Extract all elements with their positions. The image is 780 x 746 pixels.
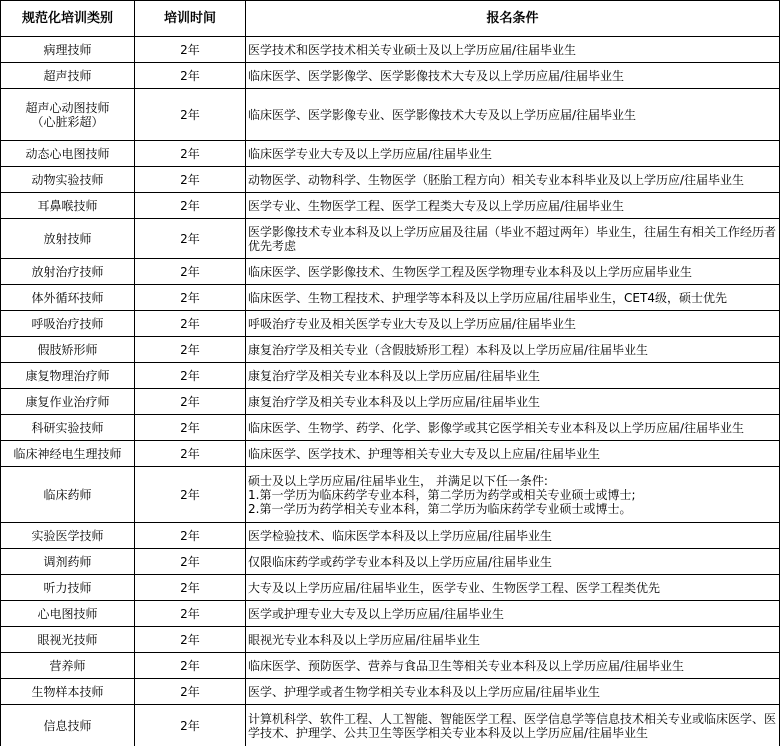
table-row: 调剂药师 2年 仅限临床药学或药学专业本科及以上学历应届/往届毕业生: [1, 549, 780, 575]
duration-cell: 2年: [135, 37, 246, 63]
table-row: 病理技师 2年 医学技术和医学技术相关专业硕士及以上学历应届/往届毕业生: [1, 37, 780, 63]
duration-cell: 2年: [135, 63, 246, 89]
duration-cell: 2年: [135, 549, 246, 575]
category-cell: 动态心电图技师: [1, 141, 135, 167]
requirements-cell: 仅限临床药学或药学专业本科及以上学历应届/往届毕业生: [246, 549, 780, 575]
header-requirements: 报名条件: [246, 1, 780, 37]
requirements-cell: 医学、护理学或者生物学相关专业本科及以上学历应届/往届毕业生: [246, 679, 780, 705]
duration-cell: 2年: [135, 193, 246, 219]
requirements-cell: 计算机科学、软件工程、人工智能、智能医学工程、医学信息学等信息技术相关专业或临床…: [246, 705, 780, 746]
duration-cell: 2年: [135, 259, 246, 285]
requirements-cell: 医学检验技术、临床医学本科及以上学历应届/往届毕业生: [246, 523, 780, 549]
category-cell: 信息技师: [1, 705, 135, 746]
duration-cell: 2年: [135, 705, 246, 746]
duration-cell: 2年: [135, 389, 246, 415]
table-row: 假肢矫形师 2年 康复治疗学及相关专业（含假肢矫形工程）本科及以上学历应届/往届…: [1, 337, 780, 363]
table-row: 临床药师 2年 硕士及以上学历应届/往届毕业生， 并满足以下任一条件:1.第一学…: [1, 467, 780, 523]
category-cell: 超声心动图技师（心脏彩超）: [1, 89, 135, 141]
category-cell: 临床神经电生理技师: [1, 441, 135, 467]
requirements-cell: 康复治疗学及相关专业本科及以上学历应届/往届毕业生: [246, 389, 780, 415]
table-row: 放射技师 2年 医学影像技术专业本科及以上学历应届及往届（毕业不超过两年）毕业生…: [1, 219, 780, 259]
duration-cell: 2年: [135, 627, 246, 653]
requirements-cell: 动物医学、动物科学、生物医学（胚胎工程方向）相关专业本科毕业及以上学历应/往届毕…: [246, 167, 780, 193]
table-row: 放射治疗技师 2年 临床医学、医学影像技术、生物医学工程及医学物理专业本科及以上…: [1, 259, 780, 285]
category-cell: 生物样本技师: [1, 679, 135, 705]
category-cell: 耳鼻喉技师: [1, 193, 135, 219]
requirements-cell: 临床医学、医学影像学、医学影像技术大专及以上学历应届/往届毕业生: [246, 63, 780, 89]
requirements-cell: 康复治疗学及相关专业（含假肢矫形工程）本科及以上学历应届/往届毕业生: [246, 337, 780, 363]
requirements-cell: 医学影像技术专业本科及以上学历应届及往届（毕业不超过两年）毕业生，往届生有相关工…: [246, 219, 780, 259]
requirements-cell: 临床医学、医学影像专业、医学影像技术大专及以上学历应届/往届毕业生: [246, 89, 780, 141]
table-row: 耳鼻喉技师 2年 医学专业、生物医学工程、医学工程类大专及以上学历应届/往届毕业…: [1, 193, 780, 219]
duration-cell: 2年: [135, 167, 246, 193]
category-cell: 实验医学技师: [1, 523, 135, 549]
category-cell: 放射治疗技师: [1, 259, 135, 285]
table-row: 超声心动图技师（心脏彩超） 2年 临床医学、医学影像专业、医学影像技术大专及以上…: [1, 89, 780, 141]
table-row: 心电图技师 2年 医学或护理专业大专及以上学历应届/往届毕业生: [1, 601, 780, 627]
category-cell: 营养师: [1, 653, 135, 679]
duration-cell: 2年: [135, 441, 246, 467]
duration-cell: 2年: [135, 285, 246, 311]
requirements-cell: 临床医学、医学技术、护理等相关专业大专及以上应届/往届毕业生: [246, 441, 780, 467]
requirements-cell: 康复治疗学及相关专业本科及以上学历应届/往届毕业生: [246, 363, 780, 389]
category-cell: 病理技师: [1, 37, 135, 63]
duration-cell: 2年: [135, 653, 246, 679]
requirements-cell: 临床医学、生物工程技术、护理学等本科及以上学历应届/往届毕业生，CET4级，硕士…: [246, 285, 780, 311]
requirements-cell: 医学技术和医学技术相关专业硕士及以上学历应届/往届毕业生: [246, 37, 780, 63]
duration-cell: 2年: [135, 467, 246, 523]
category-cell: 听力技师: [1, 575, 135, 601]
header-duration: 培训时间: [135, 1, 246, 37]
category-cell: 眼视光技师: [1, 627, 135, 653]
duration-cell: 2年: [135, 363, 246, 389]
duration-cell: 2年: [135, 89, 246, 141]
table-row: 信息技师 2年 计算机科学、软件工程、人工智能、智能医学工程、医学信息学等信息技…: [1, 705, 780, 746]
category-cell: 康复物理治疗师: [1, 363, 135, 389]
table-row: 眼视光技师 2年 眼视光专业本科及以上学历应届/往届毕业生: [1, 627, 780, 653]
table-row: 动物实验技师 2年 动物医学、动物科学、生物医学（胚胎工程方向）相关专业本科毕业…: [1, 167, 780, 193]
category-cell: 放射技师: [1, 219, 135, 259]
duration-cell: 2年: [135, 141, 246, 167]
table-row: 科研实验技师 2年 临床医学、生物学、药学、化学、影像学或其它医学相关专业本科及…: [1, 415, 780, 441]
requirements-cell: 临床医学专业大专及以上学历应届/往届毕业生: [246, 141, 780, 167]
requirements-cell: 呼吸治疗专业及相关医学专业大专及以上学历应届/往届毕业生: [246, 311, 780, 337]
table-row: 体外循环技师 2年 临床医学、生物工程技术、护理学等本科及以上学历应届/往届毕业…: [1, 285, 780, 311]
category-cell: 体外循环技师: [1, 285, 135, 311]
category-cell: 调剂药师: [1, 549, 135, 575]
requirements-cell: 硕士及以上学历应届/往届毕业生， 并满足以下任一条件:1.第一学历为临床药学专业…: [246, 467, 780, 523]
table-row: 超声技师 2年 临床医学、医学影像学、医学影像技术大专及以上学历应届/往届毕业生: [1, 63, 780, 89]
category-cell: 假肢矫形师: [1, 337, 135, 363]
duration-cell: 2年: [135, 311, 246, 337]
duration-cell: 2年: [135, 601, 246, 627]
category-cell: 心电图技师: [1, 601, 135, 627]
table-row: 动态心电图技师 2年 临床医学专业大专及以上学历应届/往届毕业生: [1, 141, 780, 167]
table-row: 临床神经电生理技师 2年 临床医学、医学技术、护理等相关专业大专及以上应届/往届…: [1, 441, 780, 467]
training-requirements-table: 规范化培训类别 培训时间 报名条件 病理技师 2年 医学技术和医学技术相关专业硕…: [0, 0, 780, 746]
requirements-cell: 临床医学、预防医学、营养与食品卫生等相关专业本科及以上学历应届/往届毕业生: [246, 653, 780, 679]
duration-cell: 2年: [135, 575, 246, 601]
duration-cell: 2年: [135, 523, 246, 549]
requirements-cell: 眼视光专业本科及以上学历应届/往届毕业生: [246, 627, 780, 653]
requirements-cell: 临床医学、生物学、药学、化学、影像学或其它医学相关专业本科及以上学历应届/往届毕…: [246, 415, 780, 441]
header-row: 规范化培训类别 培训时间 报名条件: [1, 1, 780, 37]
category-cell: 呼吸治疗技师: [1, 311, 135, 337]
table-row: 呼吸治疗技师 2年 呼吸治疗专业及相关医学专业大专及以上学历应届/往届毕业生: [1, 311, 780, 337]
category-cell: 康复作业治疗师: [1, 389, 135, 415]
category-cell: 超声技师: [1, 63, 135, 89]
category-cell: 动物实验技师: [1, 167, 135, 193]
duration-cell: 2年: [135, 219, 246, 259]
duration-cell: 2年: [135, 415, 246, 441]
duration-cell: 2年: [135, 337, 246, 363]
table-row: 听力技师 2年 大专及以上学历应届/往届毕业生，医学专业、生物医学工程、医学工程…: [1, 575, 780, 601]
table-row: 康复作业治疗师 2年 康复治疗学及相关专业本科及以上学历应届/往届毕业生: [1, 389, 780, 415]
table-row: 营养师 2年 临床医学、预防医学、营养与食品卫生等相关专业本科及以上学历应届/往…: [1, 653, 780, 679]
duration-cell: 2年: [135, 679, 246, 705]
header-category: 规范化培训类别: [1, 1, 135, 37]
table-row: 实验医学技师 2年 医学检验技术、临床医学本科及以上学历应届/往届毕业生: [1, 523, 780, 549]
category-cell: 科研实验技师: [1, 415, 135, 441]
requirements-cell: 大专及以上学历应届/往届毕业生，医学专业、生物医学工程、医学工程类优先: [246, 575, 780, 601]
category-cell: 临床药师: [1, 467, 135, 523]
requirements-cell: 临床医学、医学影像技术、生物医学工程及医学物理专业本科及以上学历应届毕业生: [246, 259, 780, 285]
requirements-cell: 医学专业、生物医学工程、医学工程类大专及以上学历应届/往届毕业生: [246, 193, 780, 219]
table-row: 生物样本技师 2年 医学、护理学或者生物学相关专业本科及以上学历应届/往届毕业生: [1, 679, 780, 705]
table-row: 康复物理治疗师 2年 康复治疗学及相关专业本科及以上学历应届/往届毕业生: [1, 363, 780, 389]
requirements-cell: 医学或护理专业大专及以上学历应届/往届毕业生: [246, 601, 780, 627]
